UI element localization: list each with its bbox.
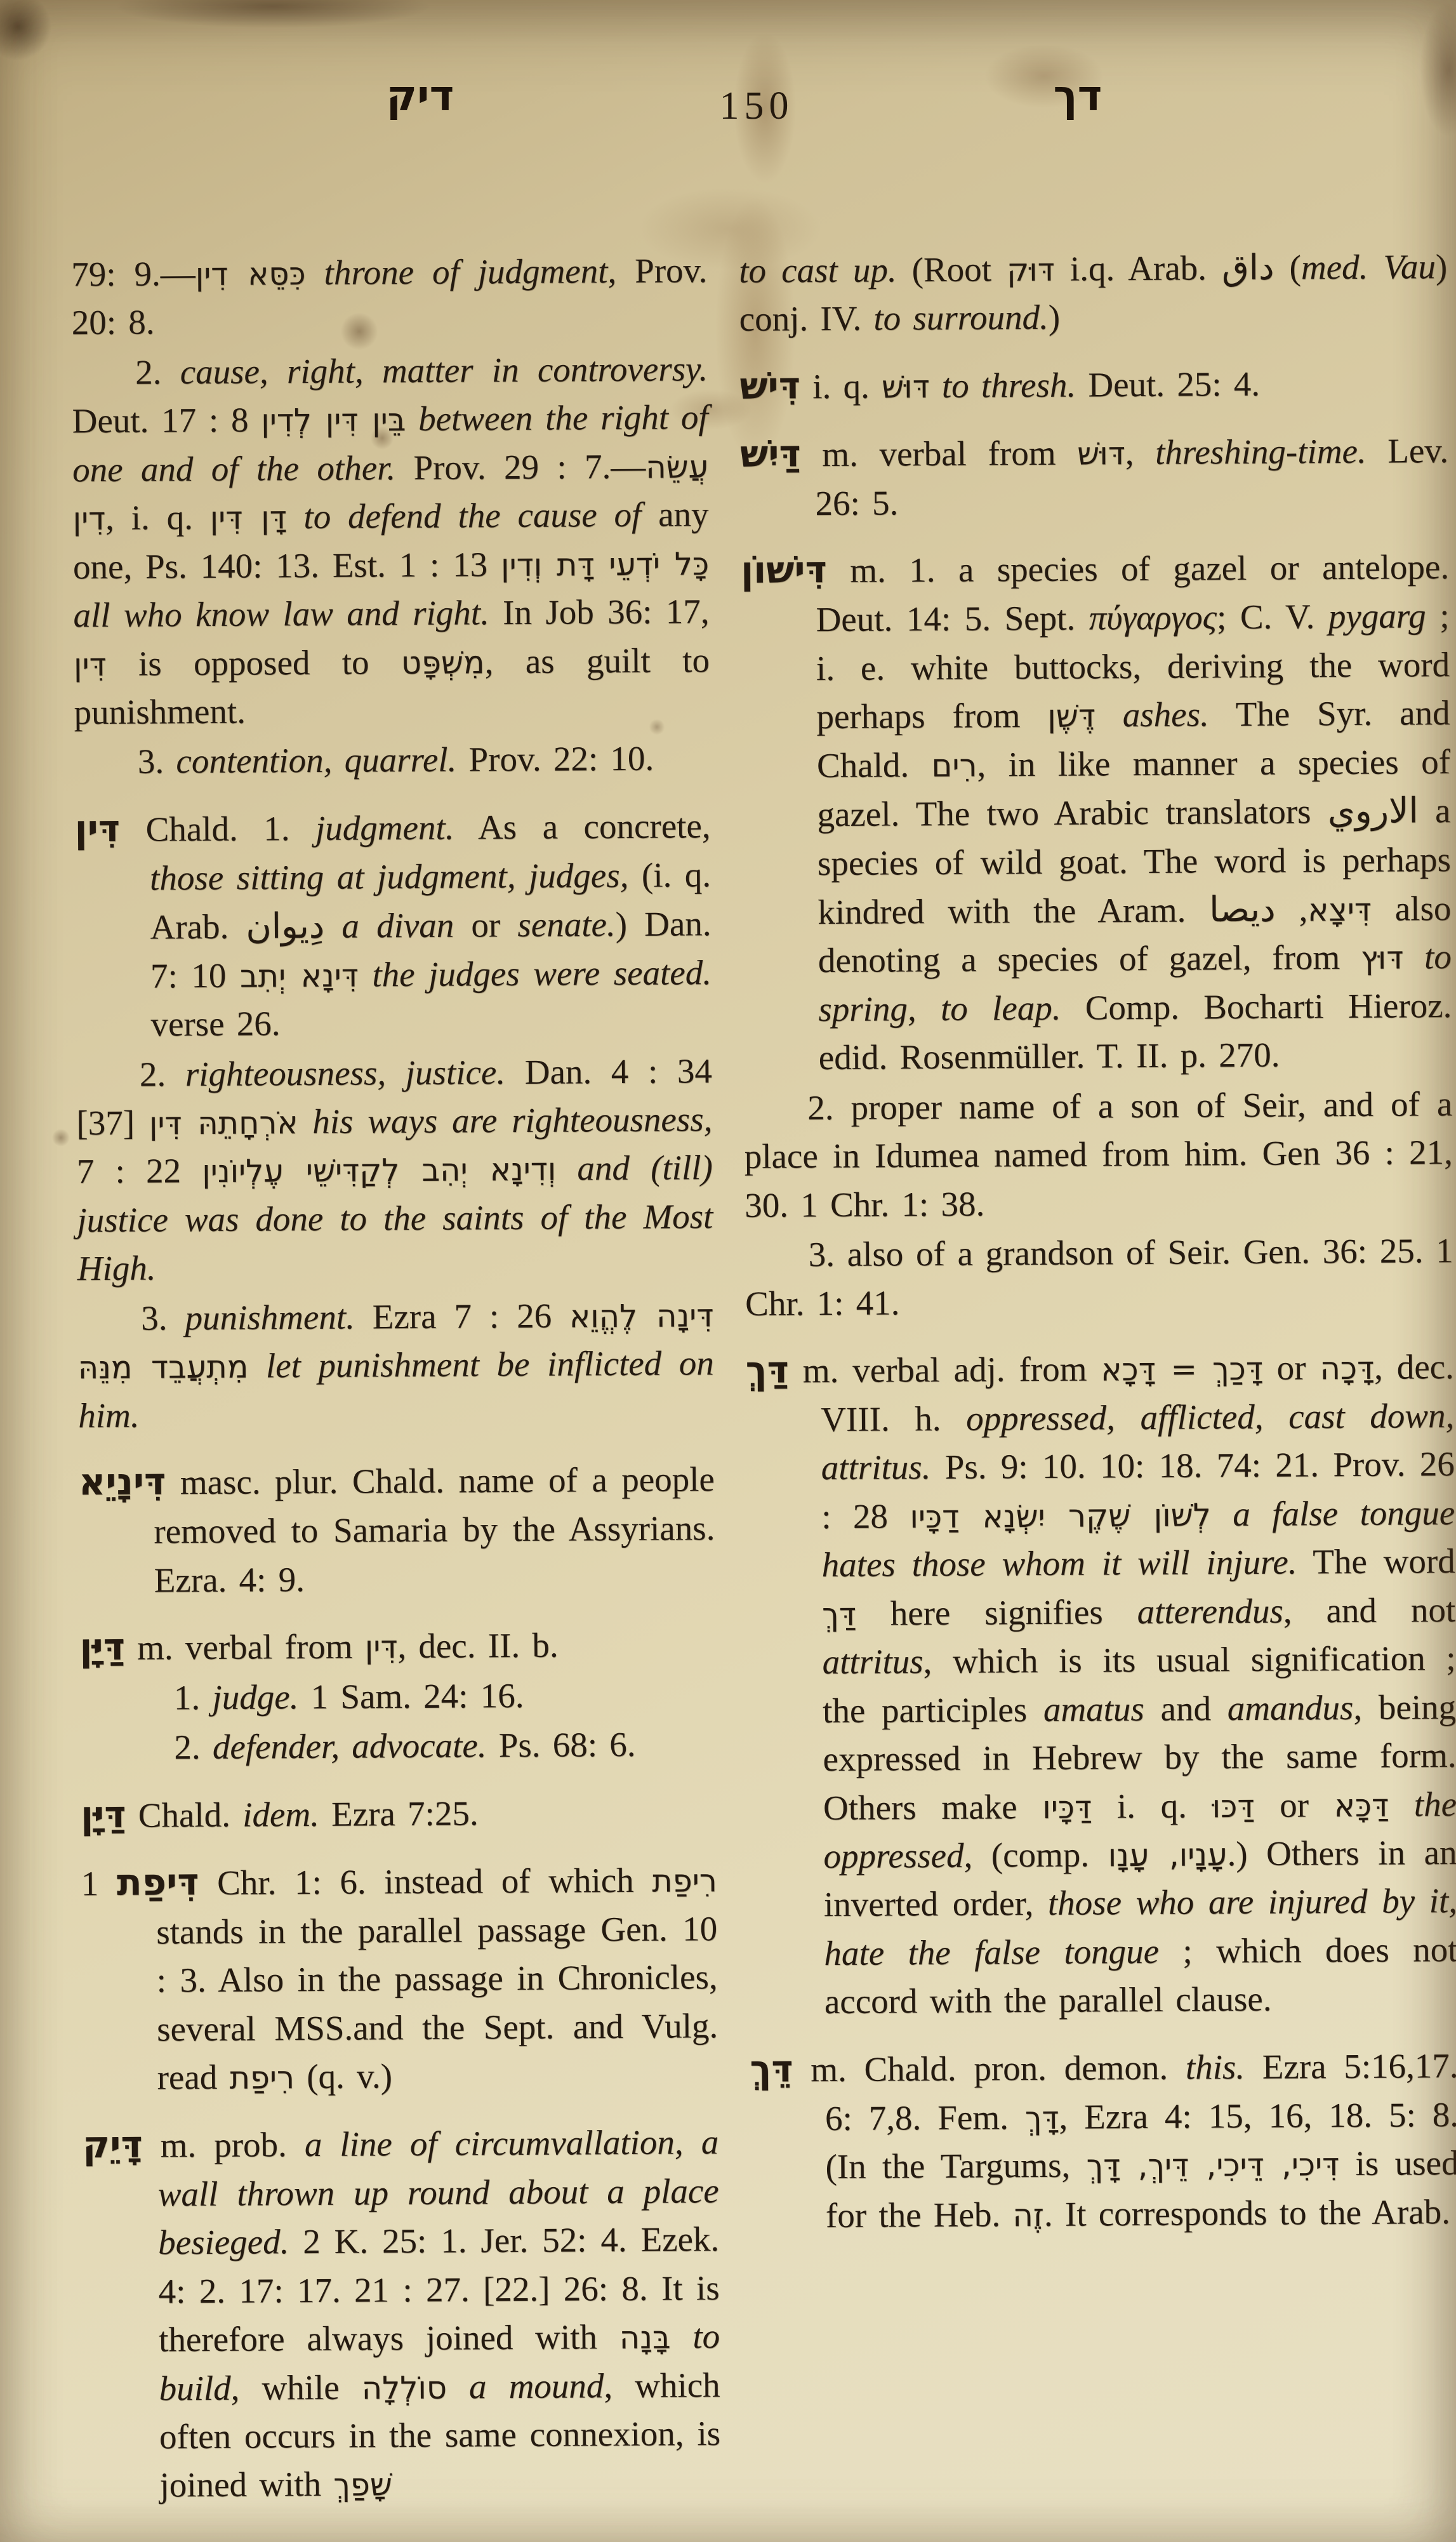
roman-text: , — [1125, 433, 1156, 472]
hebrew-text: דִּיכִי, דֵּיכִי, דֵּיךְ, דָּךְ — [1086, 2146, 1339, 2184]
hebrew-text: דָּן דִּין — [210, 499, 287, 536]
roman-text: 2. proper name of a son of Seir, and of … — [745, 1084, 1453, 1225]
lexicon-entry: דִּישׁוֹן m. 1. a species of gazel or an… — [741, 540, 1452, 1082]
italic-gloss: to thresh. — [929, 366, 1076, 405]
entry-paragraph: 1. judge. 1 Sam. 24: 16. — [174, 1670, 716, 1722]
roman-text: m. verbal from — [125, 1627, 365, 1667]
roman-text: In Job 36: 17, — [489, 592, 710, 632]
roman-text: or — [1263, 1348, 1320, 1387]
italic-gloss: all who know law and right. — [73, 593, 489, 634]
italic-gloss: idem. — [242, 1795, 319, 1834]
hebrew-headword: דִּינָיֵא — [79, 1460, 166, 1504]
roman-text: Chald. 1. — [120, 809, 315, 849]
roman-text: 1. — [174, 1678, 213, 1717]
lexicon-entry: דִּין Chald. 1. judgment. As a concrete,… — [74, 799, 711, 1049]
lexicon-entry: דִּיפַת 1 Chr. 1: 6. instead of which רִ… — [81, 1853, 718, 2103]
roman-text: Prov. 22: 10. — [456, 739, 654, 779]
right-column: to cast up. (Root דּוּק i.q. Arab. داق (… — [739, 242, 1456, 2240]
italic-gloss: judge. — [212, 1677, 298, 1717]
italic-gloss: judgment. — [315, 808, 454, 847]
italic-gloss: to defend the cause of — [286, 495, 641, 536]
hebrew-text: אֹרְחָתֵהּ דִּין — [149, 1104, 298, 1141]
arabic-text: ديصا — [1209, 889, 1276, 930]
roman-text: , while — [230, 2367, 361, 2407]
entry-paragraph: 2. righteousness, justice. Dan. 4 : 34 [… — [76, 1047, 713, 1293]
lexicon-entry: דִּינָיֵא masc. plur. Chald. name of a p… — [79, 1453, 715, 1605]
hebrew-text: דָּכַךְ = דָּכָא — [1101, 1350, 1263, 1388]
greek-text: πύγαργος — [1089, 598, 1217, 637]
roman-text: Chald. — [126, 1795, 242, 1835]
roman-text: 3. — [138, 742, 176, 781]
hebrew-text: כָּל יֹדְעֵי דָּת וְדִין — [501, 545, 709, 583]
roman-text: Deut. 17 : 8 — [72, 401, 261, 441]
hebrew-headword: דִּין — [74, 807, 120, 850]
hebrew-text: דִּיצָא — [1307, 891, 1372, 929]
hebrew-text: דּוּק — [1007, 251, 1055, 288]
hebrew-headword: דַּיָּן — [81, 1793, 126, 1836]
italic-gloss: attritus — [822, 1642, 923, 1681]
lexicon-entry: דַּךְ m. verbal adj. from דָּכַךְ = דָּכ… — [746, 1340, 1456, 2027]
hebrew-text: דַּךְ — [822, 1596, 856, 1633]
hebrew-headword: דַּךְ — [746, 1348, 789, 1391]
roman-text: or — [454, 905, 517, 945]
roman-text: or — [1254, 1785, 1334, 1825]
italic-gloss: amandus — [1228, 1688, 1354, 1727]
hebrew-text: זֶה — [1012, 2197, 1044, 2233]
italic-gloss: senate. — [517, 905, 616, 944]
page-content: 79: 9.—כִּסֵּא דִין throne of judgment, … — [0, 242, 1456, 251]
italic-gloss: those sitting at judgment, judges, — [150, 856, 629, 898]
roman-text: , i. q. — [105, 498, 210, 537]
italic-gloss: atterendus — [1137, 1591, 1283, 1630]
roman-text: , dec. II. b. — [397, 1626, 559, 1666]
running-head-right-word: דך — [1054, 71, 1102, 120]
italic-gloss: ashes. — [1095, 695, 1209, 735]
roman-text: 2. — [174, 1727, 213, 1766]
italic-gloss: his ways are righteousness, — [298, 1100, 712, 1141]
entry-paragraph: 2. proper name of a son of Seir, and of … — [744, 1080, 1453, 1230]
roman-text: Ezra 7 : 26 — [355, 1296, 570, 1336]
hebrew-text: רִים — [931, 747, 977, 783]
roman-text: (q. v.) — [295, 2057, 392, 2096]
italic-gloss: righteousness, justice. — [185, 1053, 506, 1093]
lexicon-entry: דַּיָּן m. verbal from דִּין, dec. II. b… — [79, 1618, 715, 1673]
entry-paragraph: 2. defender, advocate. Ps. 68: 6. — [174, 1720, 716, 1773]
lexicon-page: דיק 150 דך 79: 9.—כִּסֵּא דִין throne of… — [0, 0, 1456, 2542]
roman-text: The word — [1297, 1541, 1455, 1581]
roman-text: m. verbal adj. from — [789, 1349, 1101, 1390]
roman-text: (Root — [896, 250, 1007, 289]
page-number: 150 — [720, 84, 794, 129]
hebrew-text: שָׁפַךְ — [333, 2466, 392, 2504]
roman-text: Prov. 29 : 7.— — [395, 447, 645, 487]
italic-gloss: a mound — [447, 2366, 604, 2406]
roman-text: verse 26. — [150, 1004, 280, 1043]
italic-gloss: defender, advocate. — [213, 1726, 487, 1767]
roman-text: 2. — [140, 1055, 185, 1093]
hebrew-text: רִיפַת — [652, 1862, 717, 1900]
roman-text: ) — [1049, 298, 1061, 336]
hebrew-text: מִשְׁפָּט — [401, 644, 485, 681]
entry-paragraph: 3. punishment. Ezra 7 : 26 דִּינָה לֶהֱו… — [77, 1291, 714, 1440]
roman-text: 1 Sam. 24: 16. — [298, 1676, 524, 1716]
italic-gloss: cause, right, matter in controversy. — [180, 349, 708, 391]
italic-gloss: med. Vau — [1301, 247, 1436, 286]
hebrew-headword: דֵּךְ — [750, 2047, 793, 2090]
hebrew-text: דָּךְ — [1025, 2099, 1059, 2136]
hebrew-text: בָּנָה — [619, 2319, 671, 2356]
italic-gloss: pygarg — [1328, 597, 1426, 636]
lexicon-entry: דַּיָּן Chald. idem. Ezra 7:25. — [81, 1785, 717, 1840]
hebrew-headword: דִּישׁוֹן — [741, 548, 827, 592]
roman-text: 7 : 22 — [77, 1152, 202, 1191]
hebrew-text: דּוּשׁ — [882, 368, 930, 405]
left-column: 79: 9.—כִּסֵּא דִין throne of judgment, … — [71, 246, 721, 2510]
roman-text: 3. also of a grandson of Seir. Gen. 36: … — [745, 1231, 1453, 1322]
roman-text: i. q. — [800, 366, 882, 406]
roman-text: , and not — [1283, 1590, 1456, 1630]
hebrew-headword: דִּישׁ — [739, 364, 800, 408]
italic-gloss: to surround. — [873, 298, 1049, 338]
hebrew-text: רִיפַת — [229, 2060, 295, 2097]
italic-gloss: threshing-time. — [1155, 432, 1367, 472]
roman-text: i. q. — [1092, 1786, 1212, 1825]
arabic-text: دِيوان — [246, 905, 324, 947]
hebrew-headword: דָּיֵק — [83, 2122, 143, 2166]
running-head: דיק 150 דך — [0, 71, 1456, 185]
hebrew-text: דֶּשֶׁן — [1047, 698, 1095, 735]
italic-gloss: punishment. — [185, 1297, 355, 1337]
hebrew-text: דַּכָּא — [1334, 1787, 1389, 1824]
hebrew-text: דַּכָּיו — [1042, 1788, 1092, 1825]
italic-gloss: to cast up. — [739, 250, 897, 290]
hebrew-text: דִּין — [365, 1628, 398, 1665]
hebrew-headword: דַּיָּן — [79, 1625, 125, 1668]
hebrew-text: דַּכּוּ — [1212, 1787, 1255, 1824]
italic-gloss: a divan — [324, 906, 454, 945]
roman-text: here signifies — [856, 1592, 1137, 1633]
hebrew-text: עָנָיו, עָנָו — [1108, 1836, 1227, 1873]
italic-gloss: amatus — [1043, 1689, 1144, 1729]
roman-text: As a concrete, — [454, 806, 710, 846]
hebrew-text: דּוּץ — [1361, 940, 1404, 976]
roman-text: . It corresponds to the Arab. — [1044, 2192, 1450, 2233]
hebrew-text: דָּכָה — [1320, 1350, 1374, 1387]
italic-gloss: contention, quarrel. — [176, 740, 456, 781]
roman-text: i.q. Arab. — [1055, 248, 1222, 288]
entry-paragraph: 2. cause, right, matter in controversy. … — [72, 345, 710, 737]
arabic-text: داق — [1222, 247, 1274, 288]
hebrew-headword: דִּיפַת — [117, 1860, 199, 1904]
hebrew-text: כִּסֵּא דִין — [195, 255, 306, 293]
lexicon-entry: דָּיֵק m. prob. a line of circumvallatio… — [83, 2115, 721, 2510]
hebrew-text: לְשׁוֹן שֶׁקֶר יִשְׂנָא דַכָּיו — [910, 1496, 1211, 1535]
roman-text: Deut. 25: 4. — [1076, 364, 1260, 404]
hebrew-text: דּוּשׁ — [1077, 435, 1125, 472]
italic-gloss: throne of judgment — [305, 251, 607, 292]
roman-text: m. prob. — [142, 2125, 305, 2165]
roman-text: and — [1144, 1689, 1228, 1728]
roman-text: m. verbal from — [800, 434, 1077, 474]
running-head-left-word: דיק — [387, 71, 454, 120]
arabic-text: الاروي — [1328, 790, 1419, 832]
lexicon-entry: דַּיִשׁ m. verbal from דּוּשׁ, threshing… — [740, 424, 1449, 528]
entry-paragraph: to cast up. (Root דּוּק i.q. Arab. داق (… — [739, 242, 1448, 344]
roman-text: Ps. 68: 6. — [486, 1725, 635, 1764]
hebrew-headword: דַּיִשׁ — [740, 432, 801, 476]
italic-gloss: the judges were seated. — [359, 953, 712, 994]
roman-text: 2. — [135, 352, 180, 391]
italic-gloss: this. — [1186, 2047, 1245, 2087]
hebrew-text: דִּין — [74, 646, 107, 682]
roman-text: , — [1275, 889, 1307, 928]
lexicon-entry: דֵּךְ m. Chald. pron. demon. this. Ezra … — [750, 2039, 1456, 2240]
roman-text: 3. — [141, 1298, 185, 1337]
hebrew-text: וְדִינָא יְהִב לְקַדִּישֵׁי עֶלְיוֹנִין — [202, 1151, 556, 1190]
roman-text: is opposed to — [106, 642, 401, 683]
roman-text: ; C. V. — [1217, 597, 1328, 637]
roman-text: 79: 9.— — [71, 254, 195, 293]
entry-paragraph: 79: 9.—כִּסֵּא דִין throne of judgment, … — [71, 246, 708, 347]
entry-paragraph: 3. also of a grandson of Seir. Gen. 36: … — [745, 1227, 1453, 1328]
roman-text: , (comp. — [963, 1835, 1108, 1874]
lexicon-entry: דִּישׁ i. q. דּוּשׁ to thresh. Deut. 25:… — [739, 356, 1448, 412]
roman-text: masc. plur. Chald. name of a people remo… — [154, 1460, 715, 1599]
entry-paragraph: 3. contention, quarrel. Prov. 22: 10. — [74, 735, 710, 787]
hebrew-text: בֵּין דִּין לְדִין — [261, 401, 406, 439]
roman-text: Ezra 7:25. — [319, 1793, 479, 1833]
roman-text: m. Chald. pron. demon. — [793, 2047, 1186, 2089]
hebrew-text: דִּינָא יְתִב — [240, 957, 359, 994]
roman-text: ( — [1274, 248, 1301, 286]
hebrew-text: סוֹלְלָה — [362, 2369, 447, 2406]
